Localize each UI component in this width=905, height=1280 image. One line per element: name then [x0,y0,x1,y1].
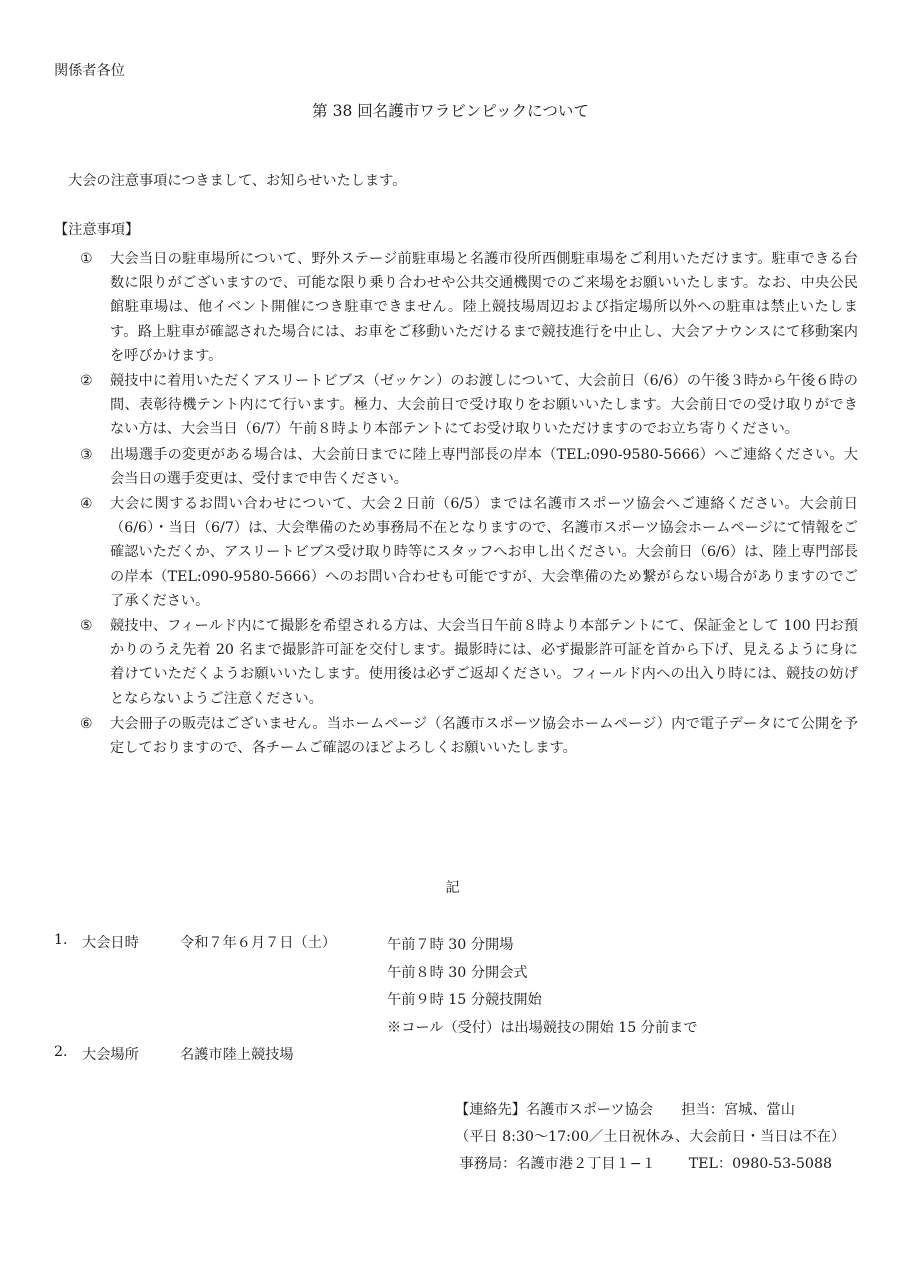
note-text: 出場選手の変更がある場合は、大会前日までに陸上専門部長の岸本（TEL:090-9… [110,447,858,487]
schedule-time-open: 午前７時 30 分開場 [387,932,698,960]
kigo-heading: 記 [0,877,905,897]
venue-num: 2. [54,1044,68,1060]
note-number: ④ [80,492,93,516]
addressee: 関係者各位 [54,60,125,80]
note-item: ⑥大会冊子の販売はございません。当ホームページ（名護市スポーツ協会ホームページ）… [80,712,858,760]
note-item: ⑤競技中、フィールド内にて撮影を希望される方は、大会当日午前８時より本部テントに… [80,614,858,711]
schedule-num: 1. [54,932,68,948]
note-text: 大会に関するお問い合わせについて、大会２日前（6/5）までは名護市スポーツ協会へ… [110,496,858,609]
intro-text: 大会の注意事項につきまして、お知らせいたします。 [68,170,406,190]
contact-org: 【連絡先】名護市スポーツ協会 担当：宮城、當山 [455,1097,845,1124]
note-item: ③出場選手の変更がある場合は、大会前日までに陸上専門部長の岸本（TEL:090-… [80,443,858,491]
document-title: 第 38 回名護市ワラビンピックについて [0,99,905,121]
note-item: ①大会当日の駐車場所について、野外ステージ前駐車場と名護市役所西側駐車場をご利用… [80,247,858,368]
document-title-text: 第 38 回名護市ワラビンピックについて [312,102,589,120]
notes-header: 【注意事項】 [54,219,139,239]
schedule-time-ceremony: 午前８時 30 分開会式 [387,960,698,988]
contact-block: 【連絡先】名護市スポーツ協会 担当：宮城、當山 （平日 8:30～17:00／土… [455,1097,845,1178]
schedule-date: 令和７年６月７日（土） [180,932,336,952]
venue-label: 大会場所 [82,1044,139,1064]
note-text: 大会冊子の販売はございません。当ホームページ（名護市スポーツ協会ホームページ）内… [110,716,858,756]
schedule-times: 午前７時 30 分開場 午前８時 30 分開会式 午前９時 15 分競技開始 ※… [387,932,698,1043]
schedule-label: 大会日時 [82,932,139,952]
note-item: ②競技中に着用いただくアスリートビブス（ゼッケン）のお渡しについて、大会前日（6… [80,369,858,442]
notes-list: ①大会当日の駐車場所について、野外ステージ前駐車場と名護市役所西側駐車場をご利用… [80,247,858,761]
venue-value: 名護市陸上競技場 [180,1044,294,1064]
note-item: ④大会に関するお問い合わせについて、大会２日前（6/5）までは名護市スポーツ協会… [80,492,858,613]
contact-address: 事務局：名護市港２丁目１−１ TEL：0980-53-5088 [455,1151,845,1178]
note-text: 競技中に着用いただくアスリートビブス（ゼッケン）のお渡しについて、大会前日（6/… [110,373,858,437]
note-text: 大会当日の駐車場所について、野外ステージ前駐車場と名護市役所西側駐車場をご利用い… [110,251,858,364]
note-number: ⑤ [80,614,93,638]
note-number: ② [80,369,93,393]
note-number: ⑥ [80,712,93,736]
schedule-time-start: 午前９時 15 分競技開始 [387,987,698,1015]
note-text: 競技中、フィールド内にて撮影を希望される方は、大会当日午前８時より本部テントにて… [110,618,858,707]
schedule-call-note: ※コール（受付）は出場競技の開始 15 分前まで [387,1015,698,1043]
note-number: ③ [80,443,93,467]
note-number: ① [80,247,93,271]
contact-hours: （平日 8:30～17:00／土日祝休み、大会前日・当日は不在） [455,1124,845,1151]
